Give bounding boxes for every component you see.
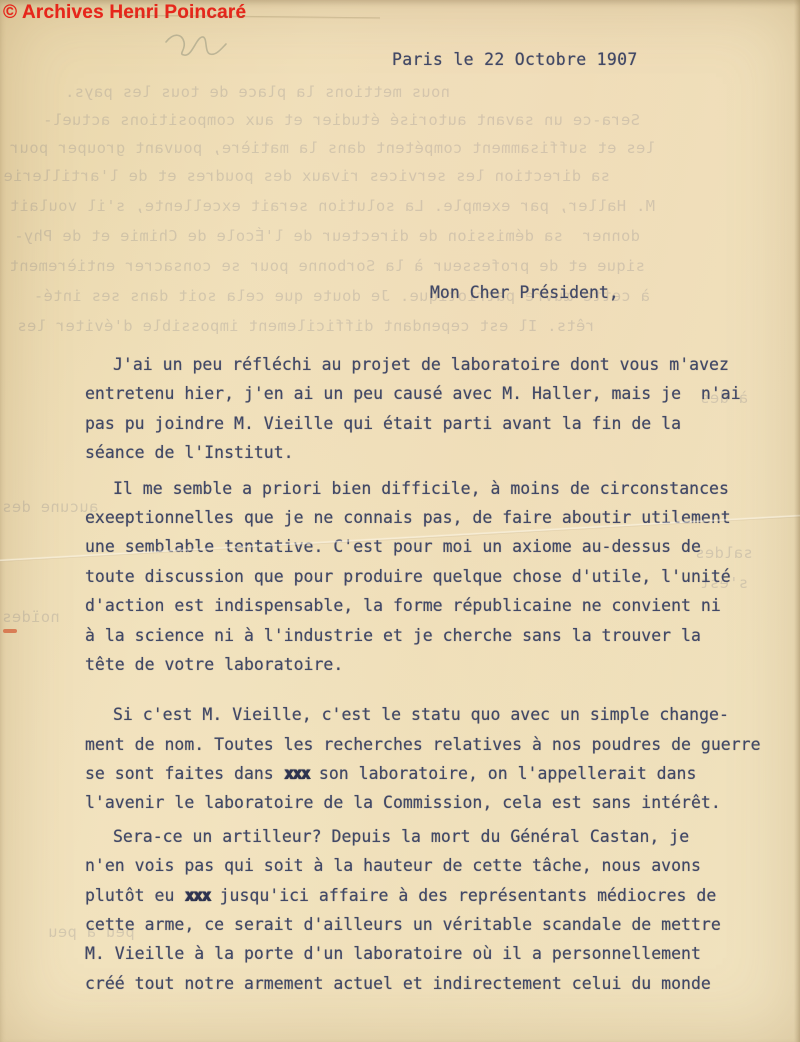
letter-line: cette arme, ce serait d'ailleurs un véri… bbox=[85, 910, 775, 939]
paragraph: Il me semble a priori bien difficile, à … bbox=[85, 474, 775, 680]
letter-line: ment de nom. Toutes les recherches relat… bbox=[85, 730, 775, 759]
letter-line: Il me semble a priori bien difficile, à … bbox=[85, 474, 775, 503]
archive-stamp: © Archives Henri Poincaré bbox=[3, 2, 246, 24]
paragraph: Sera-ce un artilleur? Depuis la mort du … bbox=[85, 822, 775, 998]
paragraph: J'ai un peu réfléchi au projet de labora… bbox=[85, 350, 775, 468]
letter-page: © Archives Henri Poincaré nous mettions … bbox=[0, 0, 800, 1042]
paragraph: Si c'est M. Vieille, c'est le statu quo … bbox=[85, 700, 775, 818]
bleed-through-line: aucune des bbox=[2, 497, 98, 517]
bleed-through-line: Sera-ce un savant autorisé étudier et au… bbox=[60, 110, 640, 130]
bleed-through-line: sique et de professeur à la Sorbonne pou… bbox=[45, 256, 645, 276]
letter-line: entretenu hier, j'en ai un peu causé ave… bbox=[85, 379, 775, 408]
letter-line: se sont faites dans xxx son laboratoire,… bbox=[85, 759, 775, 788]
bleed-through-line: sa direction les services rivaux des pou… bbox=[50, 166, 610, 186]
bleed-through-line: noïdes bbox=[2, 607, 60, 627]
scan-edge-shadow bbox=[794, 0, 800, 1042]
letter-line: à la science ni à l'industrie et je cher… bbox=[85, 621, 775, 650]
letter-line: n'en vois pas qui soit à la hauteur de c… bbox=[85, 851, 775, 880]
pencil-squiggle-icon bbox=[162, 28, 232, 60]
letter-line: pas pu joindre M. Vieille qui était part… bbox=[85, 409, 775, 438]
bleed-through-line: donner sa démission de directeur de l'Éc… bbox=[50, 226, 640, 246]
bleed-through-line: nous mettions la place de tous les pays. bbox=[30, 82, 450, 102]
letter-line: plutôt eu xxx jusqu'ici affaire à des re… bbox=[85, 881, 775, 910]
bleed-through-line: rêts. Il est cependant difficilement imp… bbox=[35, 316, 595, 336]
letter-line: exeeptionnelles que je ne connais pas, d… bbox=[85, 503, 775, 532]
letter-body: J'ai un peu réfléchi au projet de labora… bbox=[85, 350, 775, 998]
letter-line: Sera-ce un artilleur? Depuis la mort du … bbox=[85, 822, 775, 851]
letter-line: séance de l'Institut. bbox=[85, 438, 775, 467]
letter-line: Si c'est M. Vieille, c'est le statu quo … bbox=[85, 700, 775, 729]
struck-out-word: xxx bbox=[284, 764, 309, 783]
letter-line: J'ai un peu réfléchi au projet de labora… bbox=[85, 350, 775, 379]
letter-line: d'action est indispensable, la forme rép… bbox=[85, 591, 775, 620]
salutation: Mon Cher Président, bbox=[430, 283, 619, 302]
letter-line: toute discussion que pour produire quelq… bbox=[85, 562, 775, 591]
dateline: Paris le 22 Octobre 1907 bbox=[392, 50, 638, 69]
letter-line: tête de votre laboratoire. bbox=[85, 650, 775, 679]
letter-line: créé tout notre armement actuel et indir… bbox=[85, 969, 775, 998]
bleed-through-line: M. Haller, par exemple. La solution sera… bbox=[45, 196, 655, 216]
struck-out-word: xxx bbox=[184, 886, 209, 905]
red-margin-mark bbox=[3, 629, 17, 633]
letter-line: M. Vieille à la porte d'un laboratoire o… bbox=[85, 939, 775, 968]
bleed-through-line: les et suffisamment compétent dans la ma… bbox=[55, 138, 655, 158]
letter-line: l'avenir le laboratoire de la Commission… bbox=[85, 788, 775, 817]
